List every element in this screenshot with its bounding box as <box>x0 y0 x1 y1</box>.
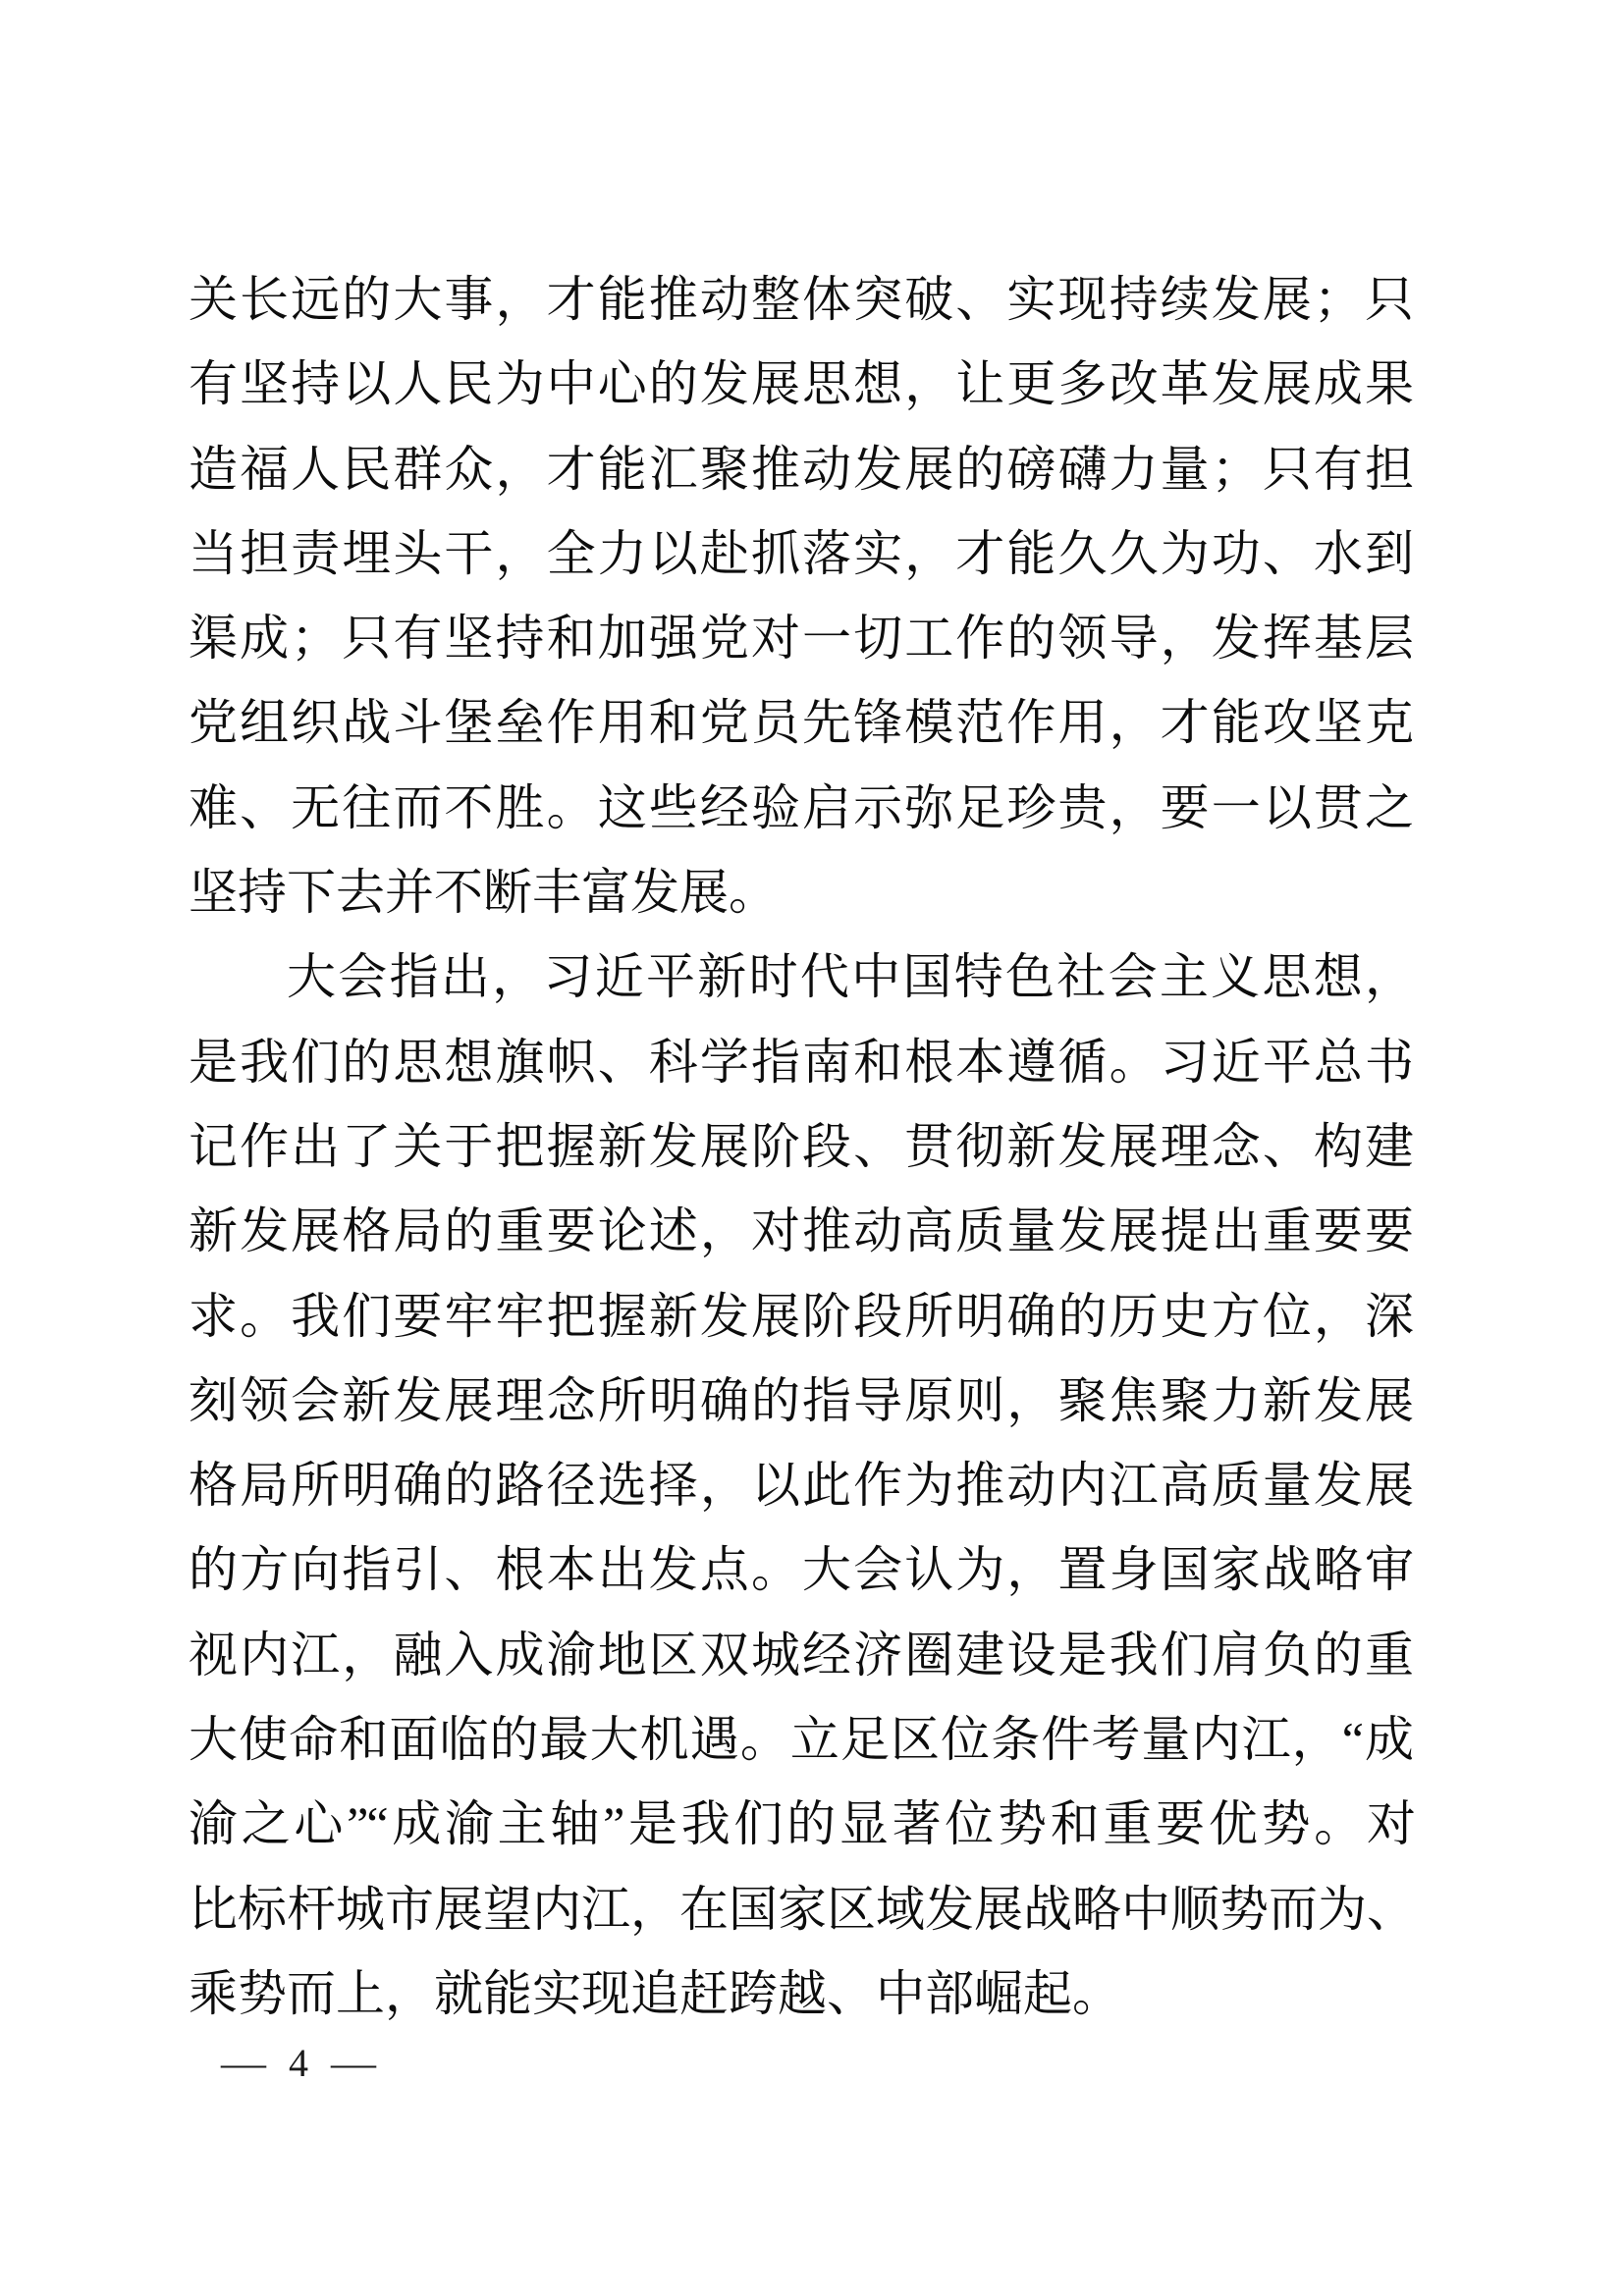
page-footer: — 4 — <box>224 2040 373 2086</box>
text-line: 有坚持以人民为中心的发展思想，让更多改革发展成果 <box>189 342 1414 426</box>
text-line: 大会指出，习近平新时代中国特色社会主义思想， <box>189 934 1414 1019</box>
text-line: 的方向指引、根本出发点。大会认为，置身国家战略审 <box>189 1527 1414 1612</box>
text-line: 党组织战斗堡垒作用和党员先锋模范作用，才能攻坚克 <box>189 680 1414 765</box>
text-line: 关长远的大事，才能推动整体突破、实现持续发展；只 <box>189 257 1414 342</box>
text-line: 刻领会新发展理念所明确的指导原则，聚焦聚力新发展 <box>189 1359 1414 1443</box>
text-line: 求。我们要牢牢把握新发展阶段所明确的历史方位，深 <box>189 1274 1414 1359</box>
text-line: 造福人民群众，才能汇聚推动发展的磅礴力量；只有担 <box>189 427 1414 511</box>
text-line: 难、无往而不胜。这些经验启示弥足珍贵，要一以贯之 <box>189 766 1414 850</box>
text-line: 渝之心”“成渝主轴”是我们的显著位势和重要优势。对 <box>189 1782 1414 1866</box>
footer-dash-right: — <box>331 2040 376 2086</box>
text-line: 是我们的思想旗帜、科学指南和根本遵循。习近平总书 <box>189 1020 1414 1104</box>
text-line: 新发展格局的重要论述，对推动高质量发展提出重要要 <box>189 1189 1414 1273</box>
document-page: 关长远的大事，才能推动整体突破、实现持续发展；只有坚持以人民为中心的发展思想，让… <box>0 0 1624 2296</box>
text-line: 坚持下去并不断丰富发展。 <box>189 850 1414 934</box>
text-line: 比标杆城市展望内江，在国家区域发展战略中顺势而为、 <box>189 1867 1414 1951</box>
page-number: 4 <box>289 2040 308 2086</box>
text-line: 格局所明确的路径选择，以此作为推动内江高质量发展 <box>189 1443 1414 1527</box>
body-text: 关长远的大事，才能推动整体突破、实现持续发展；只有坚持以人民为中心的发展思想，让… <box>189 257 1414 2036</box>
text-line: 记作出了关于把握新发展阶段、贯彻新发展理念、构建 <box>189 1104 1414 1189</box>
text-line: 当担责埋头干，全力以赴抓落实，才能久久为功、水到 <box>189 511 1414 596</box>
text-line: 渠成；只有坚持和加强党对一切工作的领导，发挥基层 <box>189 596 1414 680</box>
footer-dash-left: — <box>221 2040 266 2086</box>
text-line: 视内江，融入成渝地区双城经济圈建设是我们肩负的重 <box>189 1613 1414 1697</box>
text-line: 乘势而上，就能实现追赶跨越、中部崛起。 <box>189 1951 1414 2036</box>
text-line: 大使命和面临的最大机遇。立足区位条件考量内江，“成 <box>189 1697 1414 1782</box>
